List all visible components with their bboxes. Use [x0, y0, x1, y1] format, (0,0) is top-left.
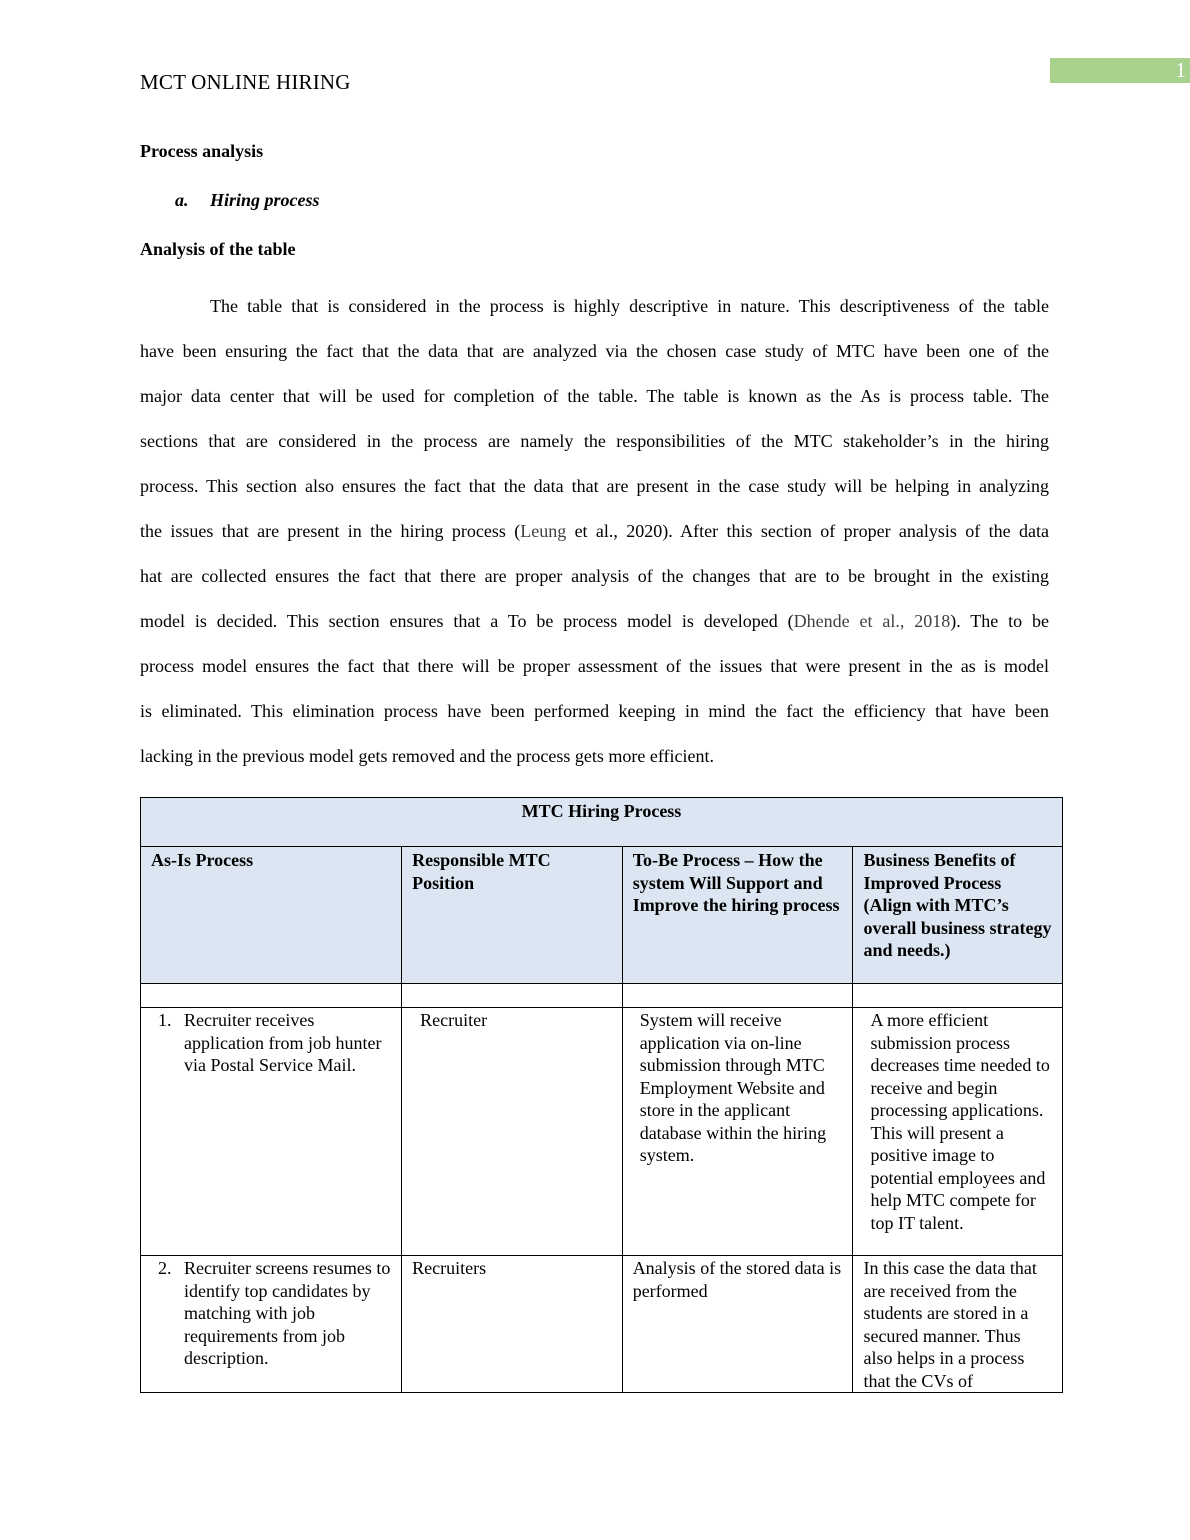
column-header-benefits: Business Benefits of Improved Process (A… [853, 847, 1063, 984]
column-header-as-is: As-Is Process [141, 847, 402, 984]
paragraph-line: hat are collected ensures the fact that … [140, 554, 1049, 599]
text-run: ). The to be [950, 611, 1049, 631]
list-marker: a. [175, 190, 210, 211]
empty-cell [622, 984, 853, 1008]
page-number: 1 [1176, 58, 1187, 83]
table-row: 1. Recruiter receives application from j… [141, 1008, 1063, 1256]
empty-cell [402, 984, 623, 1008]
paragraph-line: model is decided. This section ensures t… [140, 599, 1049, 644]
item-number: 1. [158, 1009, 184, 1077]
table-title-text: MTC Hiring Process [522, 801, 682, 822]
position-cell: Recruiter [402, 1008, 623, 1256]
list-item-hiring-process: a.Hiring process [175, 190, 320, 211]
column-header-to-be: To-Be Process – How the system Will Supp… [622, 847, 853, 984]
to-be-cell: Analysis of the stored data is performed [622, 1256, 853, 1393]
numbered-item: 1. Recruiter receives application from j… [151, 1009, 393, 1077]
body-paragraph: The table that is considered in the proc… [140, 284, 1049, 779]
to-be-cell: System will receive application via on-l… [622, 1008, 853, 1256]
benefits-cell: In this case the data that are received … [853, 1256, 1063, 1393]
running-head: MCT ONLINE HIRING [140, 70, 351, 95]
as-is-cell: 2. Recruiter screens resumes to identify… [141, 1256, 402, 1393]
paragraph-line: process. This section also ensures the f… [140, 464, 1049, 509]
as-is-text: Recruiter receives application from job … [184, 1009, 393, 1077]
subheading: Analysis of the table [140, 239, 296, 260]
empty-cell [853, 984, 1063, 1008]
column-header-position: Responsible MTC Position [402, 847, 623, 984]
hiring-process-table: MTC Hiring Process As-Is Process Respons… [140, 797, 1063, 1393]
as-is-cell: 1. Recruiter receives application from j… [141, 1008, 402, 1256]
paragraph-line: major data center that will be used for … [140, 374, 1049, 419]
text-run: et al., 2020). After this section of pro… [566, 521, 1049, 541]
paragraph-line: have been ensuring the fact that the dat… [140, 329, 1049, 374]
paragraph-line: The table that is considered in the proc… [140, 284, 1049, 329]
citation-leung: Leung [520, 521, 566, 541]
empty-cell [141, 984, 402, 1008]
item-number: 2. [158, 1257, 184, 1370]
position-cell: Recruiters [402, 1256, 623, 1393]
paragraph-line: sections that are considered in the proc… [140, 419, 1049, 464]
paragraph-line: lacking in the previous model gets remov… [140, 734, 1049, 779]
page-number-box: 1 [1050, 58, 1190, 83]
paragraph-line: the issues that are present in the hirin… [140, 509, 1049, 554]
paragraph-line: is eliminated. This elimination process … [140, 689, 1049, 734]
table-title: MTC Hiring Process [141, 798, 1063, 847]
numbered-item: 2. Recruiter screens resumes to identify… [151, 1257, 393, 1370]
list-item-title: Hiring process [210, 190, 320, 210]
paragraph-line: process model ensures the fact that ther… [140, 644, 1049, 689]
citation-dhende: Dhende et al., 2018 [794, 611, 951, 631]
text-run: the issues that are present in the hirin… [140, 521, 520, 541]
as-is-text: Recruiter screens resumes to identify to… [184, 1257, 393, 1370]
benefits-cell: A more efficient submission process decr… [853, 1008, 1063, 1256]
section-heading: Process analysis [140, 141, 263, 162]
table-row: 2. Recruiter screens resumes to identify… [141, 1256, 1063, 1393]
text-run: model is decided. This section ensures t… [140, 611, 794, 631]
